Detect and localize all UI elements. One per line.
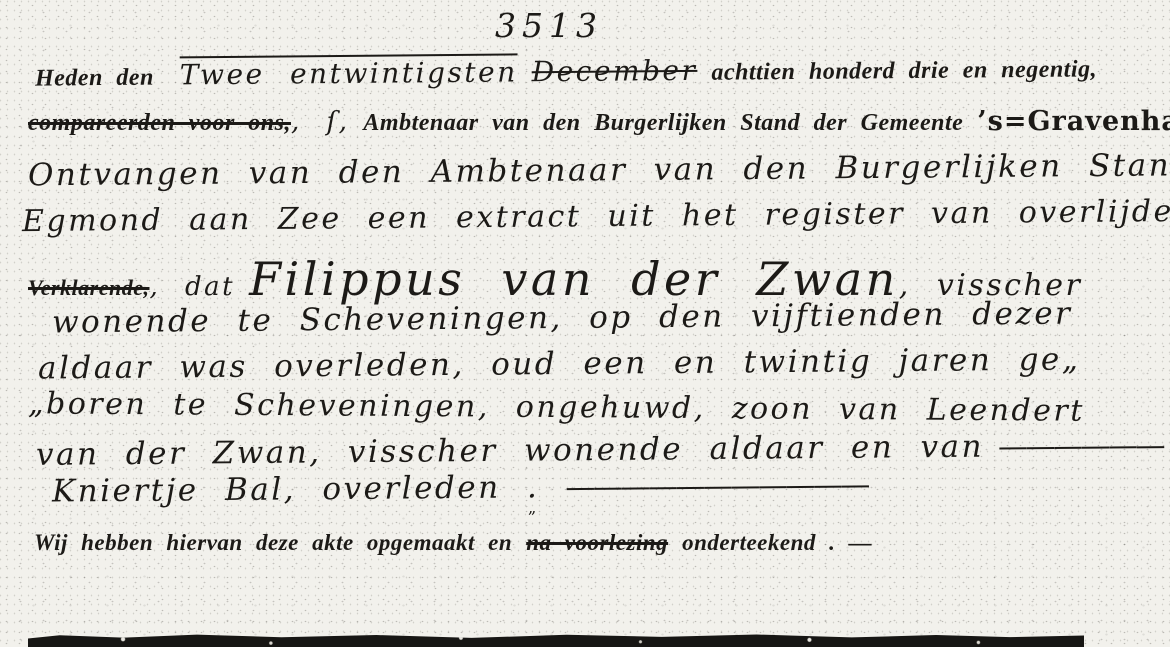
handwritten-residence: wonende te Scheveningen, op den vijftien… — [52, 296, 1073, 341]
closing-line: Wij hebben hiervan deze akte opgemaakt e… — [34, 530, 872, 556]
insert-mark: , ſ, — [291, 107, 349, 137]
record-number: 3513 — [495, 6, 603, 45]
handwritten-month: December — [532, 54, 698, 88]
received-line-2: Egmond aan Zee een extract uit het regis… — [22, 192, 1170, 239]
received-line-1: Ontvangen van den Ambtenaar van den Burg… — [28, 147, 1170, 194]
residence-line: wonende te Scheveningen, op den vijftien… — [52, 296, 1073, 341]
official-line: compareerden voor ons, , ſ, Ambtenaar va… — [28, 106, 1170, 137]
handwritten-day: Twee entwintigsten — [180, 55, 518, 91]
struck-compareerden: compareerden voor ons, — [28, 110, 291, 137]
correction-mark: „ — [528, 498, 536, 517]
printed-heden-den: Heden den — [35, 65, 154, 93]
struck-na-voorlezing: na voorlezing — [526, 530, 668, 556]
father-line: van der Zwan, visscher wonende aldaar en… — [36, 427, 1163, 473]
handwritten-received-1: Ontvangen van den Ambtenaar van den Burg… — [28, 147, 1170, 194]
opening-line: Heden den Twee entwintigsten December ac… — [35, 50, 1097, 92]
printed-closing-prefix: Wij hebben hiervan deze akte opgemaakt e… — [34, 530, 512, 556]
filler-dash: —————— — [998, 428, 1163, 464]
municipality-name: ’s=Gravenhage, — [977, 106, 1170, 137]
born-line: „boren te Scheveningen, ongehuwd, zoon v… — [28, 386, 1085, 428]
scan-edge-band — [28, 634, 1084, 647]
printed-year: achttien honderd drie en negentig, — [711, 56, 1097, 86]
printed-closing-suffix: onderteekend . — — [682, 530, 872, 556]
death-line: aldaar was overleden, oud een en twintig… — [38, 341, 1081, 386]
mother-line: Kniertje Bal, overleden . ——————————— — [52, 466, 868, 509]
handwritten-dat: , dat — [150, 272, 236, 302]
handwritten-received-2: Egmond aan Zee een extract uit het regis… — [22, 192, 1170, 239]
handwritten-death: aldaar was overleden, oud een en twintig… — [38, 341, 1081, 386]
filler-dash: ——————————— — [565, 467, 868, 505]
document-scan: 3513 Heden den Twee entwintigsten Decemb… — [0, 0, 1170, 647]
struck-verklarende: Verklarende, — [28, 275, 150, 301]
printed-official-title: Ambtenaar van den Burgerlijken Stand der… — [363, 110, 963, 137]
handwritten-born: „boren te Scheveningen, ongehuwd, zoon v… — [28, 386, 1085, 428]
handwritten-mother: Kniertje Bal, overleden . — [52, 469, 540, 509]
